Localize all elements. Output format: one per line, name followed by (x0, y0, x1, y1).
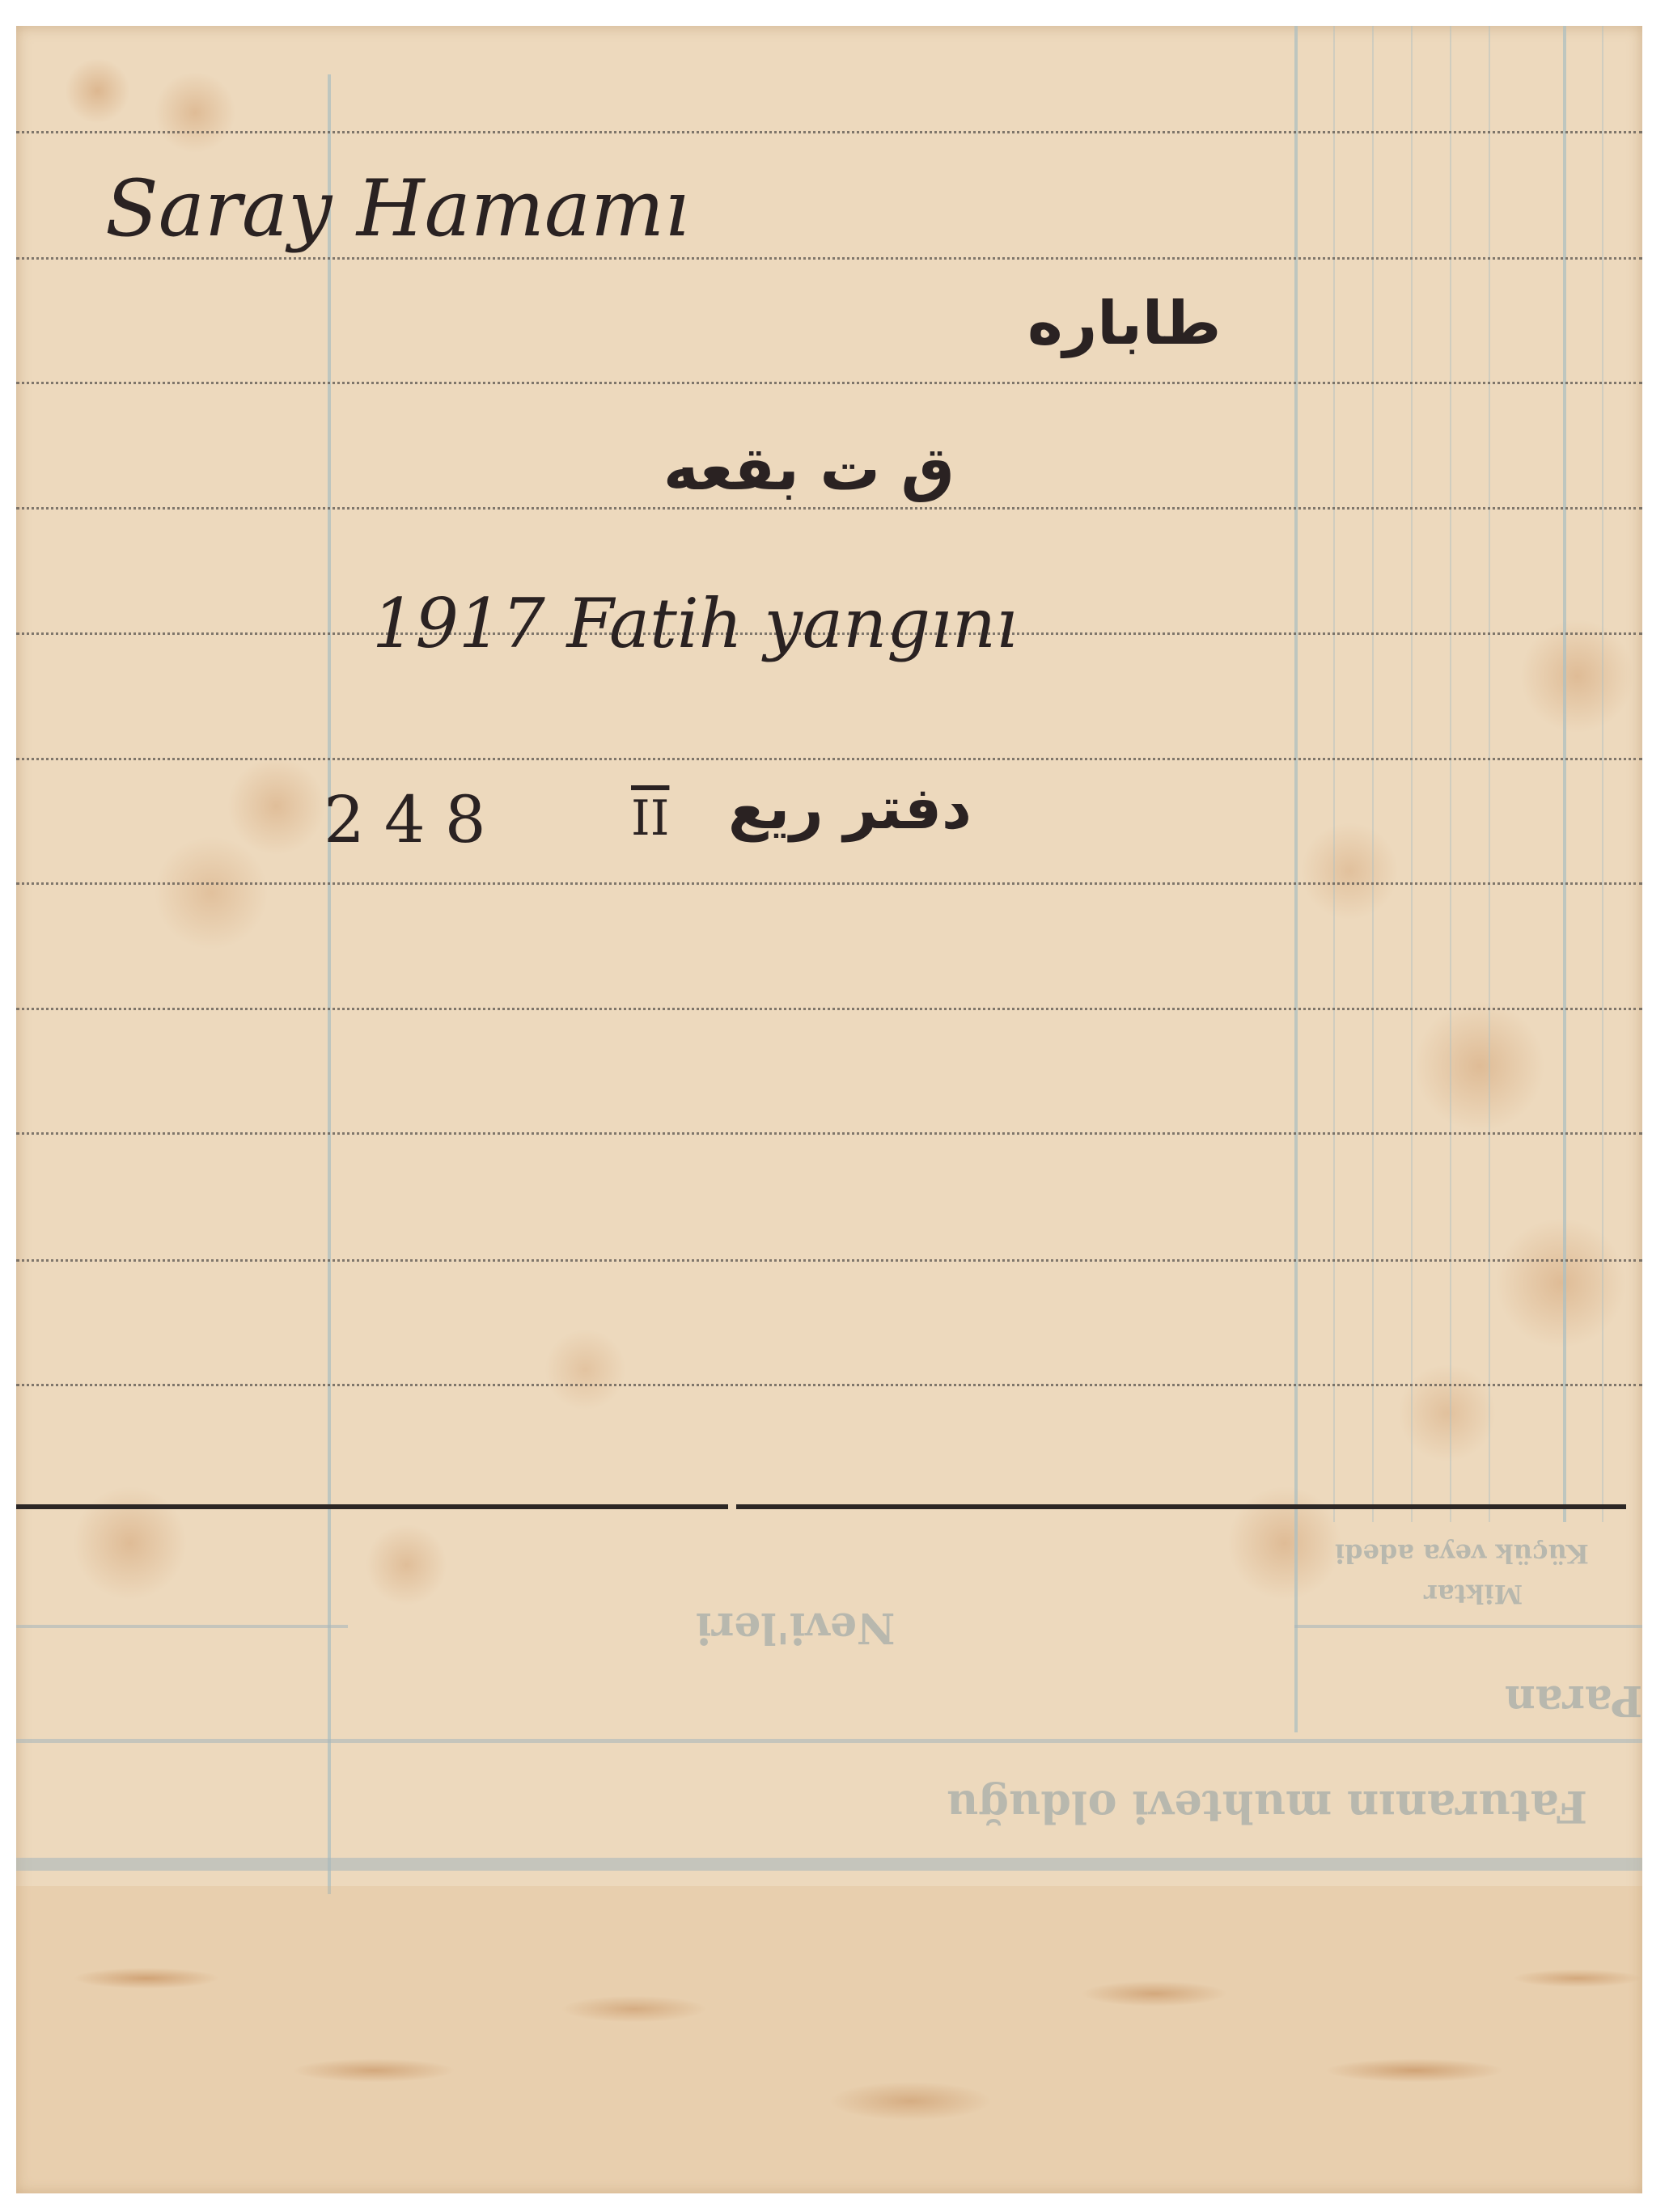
handwritten-line-3: 1917 Fatih yangını (372, 584, 1018, 663)
writing-line (16, 257, 1642, 260)
heavy-divider-left (16, 1504, 728, 1509)
ghost-right-header-2: Miktar (1424, 1579, 1523, 1609)
writing-line (16, 382, 1642, 384)
edge-rule (1602, 26, 1603, 1522)
writing-line (16, 1008, 1642, 1010)
ledger-card: Nevi'leri Faturanın muhtevi olduğu Küçük… (16, 26, 1642, 2193)
sub-column-rule (1411, 26, 1413, 1522)
ghost-band (16, 1858, 1642, 1871)
handwritten-ottoman-line-4: دفتر ريع (728, 774, 972, 842)
right-column-rule (1294, 26, 1298, 1732)
writing-line (16, 1132, 1642, 1135)
ghost-rule (16, 1625, 348, 1628)
writing-line (16, 1259, 1642, 1262)
handwritten-title: Saray Hamamı (105, 163, 689, 254)
writing-line (16, 882, 1642, 885)
ghost-rule (1294, 1625, 1642, 1628)
ghost-footer-header: Faturanın muhtevi olduğu (947, 1781, 1587, 1833)
writing-line (16, 507, 1642, 510)
ghost-right-header-1: Küçük veya adedi (1335, 1538, 1589, 1569)
sub-column-rule (1372, 26, 1374, 1522)
handwritten-ottoman-line-1: طاباره (1027, 289, 1221, 358)
left-margin-rule (328, 74, 331, 1894)
sub-column-rule (1333, 26, 1335, 1522)
ghost-column-header: Nevi'leri (696, 1603, 896, 1652)
foxing-stain-area (16, 1886, 1642, 2193)
handwritten-number: 248 (324, 782, 506, 857)
handwritten-roman: II (631, 790, 669, 847)
writing-line (16, 131, 1642, 133)
writing-line (16, 1384, 1642, 1386)
sub-column-rule (1489, 26, 1490, 1522)
writing-line (16, 758, 1642, 760)
heavy-divider-right (736, 1504, 1626, 1509)
far-right-rule (1563, 26, 1566, 1522)
ghost-right-header-3: Paran (1505, 1676, 1642, 1725)
sub-column-rule (1450, 26, 1451, 1522)
ghost-rule (16, 1739, 1642, 1743)
handwritten-ottoman-line-2: ق ت بقعه (663, 434, 955, 504)
